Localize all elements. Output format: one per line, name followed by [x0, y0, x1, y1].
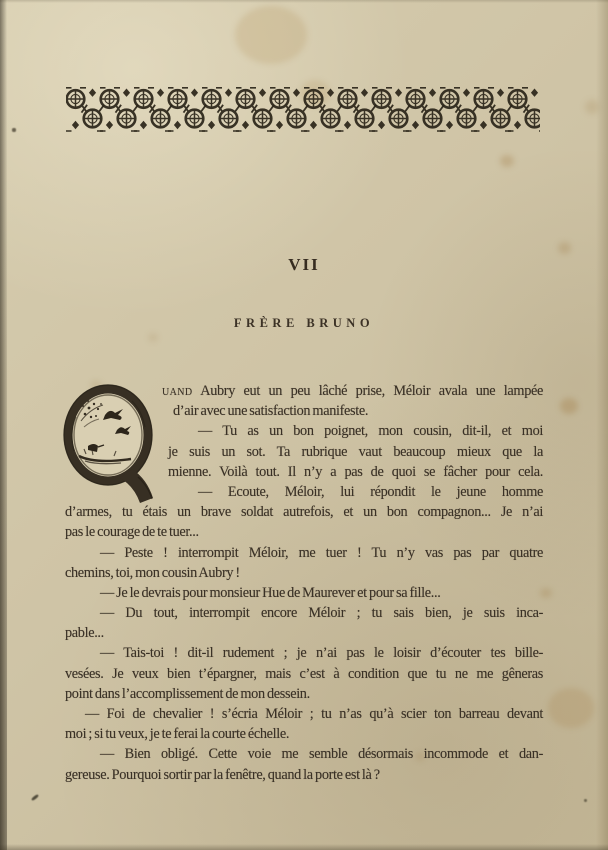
text-line: gereuse. Pourquoi sortir par la fenêtre,… — [65, 765, 543, 785]
page-edge-right — [596, 0, 608, 850]
chapter-number: VII — [65, 255, 543, 275]
book-page-scan: VII FRÈRE BRUNO Q — [0, 0, 608, 850]
text-line: — Tu as un bon poignet, mon cousin, dit-… — [198, 421, 543, 441]
text-line: — Peste ! interrompit Méloir, me tuer ! … — [100, 543, 543, 563]
foxing-spot — [548, 688, 594, 728]
text-line: — Je le devrais pour monsieur Hue de Mau… — [100, 583, 543, 603]
text-line: d’air avec une satisfaction manifeste. — [173, 401, 543, 421]
ornament-band — [66, 86, 540, 133]
text-line: — Bien obligé. Cette voie me semble déso… — [100, 744, 543, 764]
text-line: — Du tout, interrompit encore Méloir ; t… — [100, 603, 543, 623]
ink-fleck — [584, 799, 587, 802]
text-line: moi ; si tu veux, je te ferai la courte … — [65, 724, 543, 744]
page-edge-bottom — [0, 844, 608, 850]
text-line: d’armes, tu étais un brave soldat autref… — [65, 502, 543, 522]
foxing-spot — [235, 6, 307, 64]
text-line: — Ecoute, Méloir, lui répondit le jeune … — [198, 482, 543, 502]
foxing-spot — [500, 155, 514, 167]
text-line: point dans l’accomplissement de mon dess… — [65, 684, 543, 704]
page-edge-top — [0, 0, 608, 3]
ink-fleck — [31, 794, 39, 801]
chapter-title: FRÈRE BRUNO — [65, 316, 543, 331]
text-line: — Tais-toi ! dit-il rudement ; je n’ai p… — [100, 643, 543, 663]
text-line: pable... — [65, 623, 543, 643]
text-line: vesées. Je veux bien t’épargner, mais c’… — [65, 664, 543, 684]
foxing-spot — [148, 333, 158, 342]
text-line: pas le courage de te tuer... — [65, 522, 543, 542]
text-line: je suis un sot. Ta rubrique vaut beaucou… — [168, 442, 543, 462]
foxing-spot — [558, 242, 571, 254]
foxing-spot — [560, 398, 578, 414]
text-line-rest: Aubry eut un peu lâché prise, Méloir ava… — [193, 383, 544, 399]
text-line: — Foi de chevalier ! s’écria Méloir ; tu… — [85, 704, 543, 724]
text-line: chemins, toi, mon cousin Aubry ! — [65, 563, 543, 583]
text-line: uand Aubry eut un peu lâché prise, Méloi… — [162, 381, 543, 401]
text-line: mienne. Voilà tout. Il n’y a pas de quoi… — [168, 462, 543, 482]
ink-fleck — [12, 128, 16, 132]
body-text: uand Aubry eut un peu lâché prise, Méloi… — [65, 381, 543, 785]
lead-small-caps: uand — [162, 383, 193, 399]
page-edge-left — [0, 0, 7, 850]
